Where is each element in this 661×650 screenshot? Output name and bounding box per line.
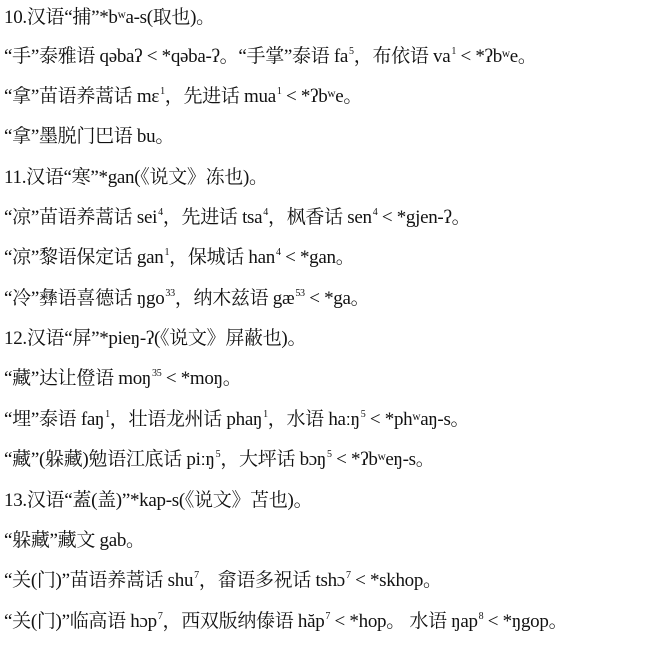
text-segment: ，枫香话 sen [268,207,372,228]
text-segment: ，先进话 mua [165,86,276,107]
text-segment: “关(门)”临高语 hɔp [4,611,157,632]
text-segment: ，水语 haːŋ [268,409,360,430]
text-segment: ，先进话 tsa [163,207,262,228]
text-line: “埋”泰语 faŋ1，壮语龙州话 phaŋ1，水语 haːŋ5 < *phʷaŋ… [4,408,469,432]
text-segment: ，纳木兹语 gæ [175,288,295,309]
text-segment: < *hop。 水语 ŋap [330,611,478,632]
text-line: “凉”苗语养蒿话 sei4，先进话 tsa4，枫香话 sen4 < *gjen-… [4,206,470,230]
text-segment: < *skhop。 [351,570,442,591]
tone-superscript: 5 [327,449,332,460]
text-line: 12.汉语“屏”*pieŋ-ʔ(《说文》屏蔽也)。 [4,327,306,351]
tone-superscript: 7 [346,570,351,581]
text-segment: ，壮语龙州话 phaŋ [110,409,262,430]
text-line: “冷”彝语喜德话 ŋgo33，纳木兹语 gæ53 < *ga。 [4,287,369,311]
text-line: “拿”苗语养蒿话 mɛ1，先进话 mua1 < *ʔbʷe。 [4,85,362,109]
tone-superscript: 5 [361,409,366,420]
text-line: 11.汉语“寒”*gan(《说文》冻也)。 [4,166,268,190]
text-segment: < *phʷaŋ-s。 [365,409,469,430]
text-segment: “冷”彝语喜德话 ŋgo [4,288,164,309]
text-segment: < *ŋgop。 [483,611,567,632]
text-line: 13.汉语“蓋(盖)”*kap-s(《说文》苫也)。 [4,489,312,513]
text-segment: “凉”黎语保定话 gan [4,247,163,268]
text-segment: ，大坪话 bɔŋ [220,449,326,470]
tone-superscript: 1 [451,46,456,57]
tone-superscript: 4 [276,247,281,258]
text-segment: “拿”苗语养蒿话 mɛ [4,86,159,107]
text-segment: “埋”泰语 faŋ [4,409,104,430]
text-segment: 11.汉语“寒”*gan(《说文》冻也)。 [4,167,268,188]
tone-superscript: 1 [164,247,169,258]
tone-superscript: 7 [325,611,330,622]
tone-superscript: 33 [165,288,174,299]
text-segment: < *gan。 [281,247,355,268]
text-segment: 12.汉语“屏”*pieŋ-ʔ(《说文》屏蔽也)。 [4,328,306,349]
text-line: “关(门)”苗语养蒿话 shu7，畲语多祝话 tshɔ7 < *skhop。 [4,569,442,593]
tone-superscript: 5 [349,46,354,57]
text-segment: < *ʔbʷeŋ-s。 [332,449,435,470]
tone-superscript: 7 [158,611,163,622]
text-segment: “拿”墨脱门巴语 bu。 [4,126,174,147]
text-segment: 10.汉语“捕”*bʷa-s(取也)。 [4,7,215,28]
text-segment: “关(门)”苗语养蒿话 shu [4,570,193,591]
tone-superscript: 7 [194,570,199,581]
text-line: “关(门)”临高语 hɔp7，西双版纳傣语 hăp7 < *hop。 水语 ŋa… [4,610,567,634]
text-line: 10.汉语“捕”*bʷa-s(取也)。 [4,6,215,30]
text-segment: ，畲语多祝话 tshɔ [199,570,345,591]
tone-superscript: 1 [277,86,282,97]
text-segment: ，保城话 han [169,247,275,268]
text-line: “藏”(躲藏)勉语江底话 piːŋ5，大坪话 bɔŋ5 < *ʔbʷeŋ-s。 [4,448,434,472]
text-line: “躲藏”藏文 gab。 [4,529,145,553]
text-segment: ，布依语 va [354,46,451,67]
text-line: “藏”达让僜语 moŋ35 < *moŋ。 [4,367,241,391]
text-segment: < *ʔbʷe。 [282,86,363,107]
text-segment: “躲藏”藏文 gab。 [4,530,145,551]
tone-superscript: 4 [263,207,268,218]
text-segment: < *moŋ。 [161,368,241,389]
text-segment: “凉”苗语养蒿话 sei [4,207,157,228]
text-segment: < *gjen-ʔ。 [377,207,470,228]
text-segment: < *ga。 [305,288,370,309]
tone-superscript: 1 [263,409,268,420]
tone-superscript: 4 [158,207,163,218]
tone-superscript: 5 [216,449,221,460]
text-line: “凉”黎语保定话 gan1，保城话 han4 < *gan。 [4,246,354,270]
text-line: “手”泰雅语 qəbaʔ < *qəba-ʔ。“手掌”泰语 fa5，布依语 va… [4,45,537,69]
text-segment: “藏”(躲藏)勉语江底话 piːŋ [4,449,215,470]
text-segment: “手”泰雅语 qəbaʔ < *qəba-ʔ。“手掌”泰语 fa [4,46,348,67]
text-segment: “藏”达让僜语 moŋ [4,368,151,389]
tone-superscript: 8 [479,611,484,622]
document-page: 10.汉语“捕”*bʷa-s(取也)。“手”泰雅语 qəbaʔ < *qəba-… [0,0,661,650]
text-segment: 13.汉语“蓋(盖)”*kap-s(《说文》苫也)。 [4,490,312,511]
tone-superscript: 1 [105,409,110,420]
tone-superscript: 35 [152,368,161,379]
text-line: “拿”墨脱门巴语 bu。 [4,125,174,149]
tone-superscript: 1 [160,86,165,97]
text-segment: < *ʔbʷe。 [456,46,537,67]
tone-superscript: 53 [295,288,304,299]
tone-superscript: 4 [373,207,378,218]
text-segment: ，西双版纳傣语 hăp [163,611,325,632]
